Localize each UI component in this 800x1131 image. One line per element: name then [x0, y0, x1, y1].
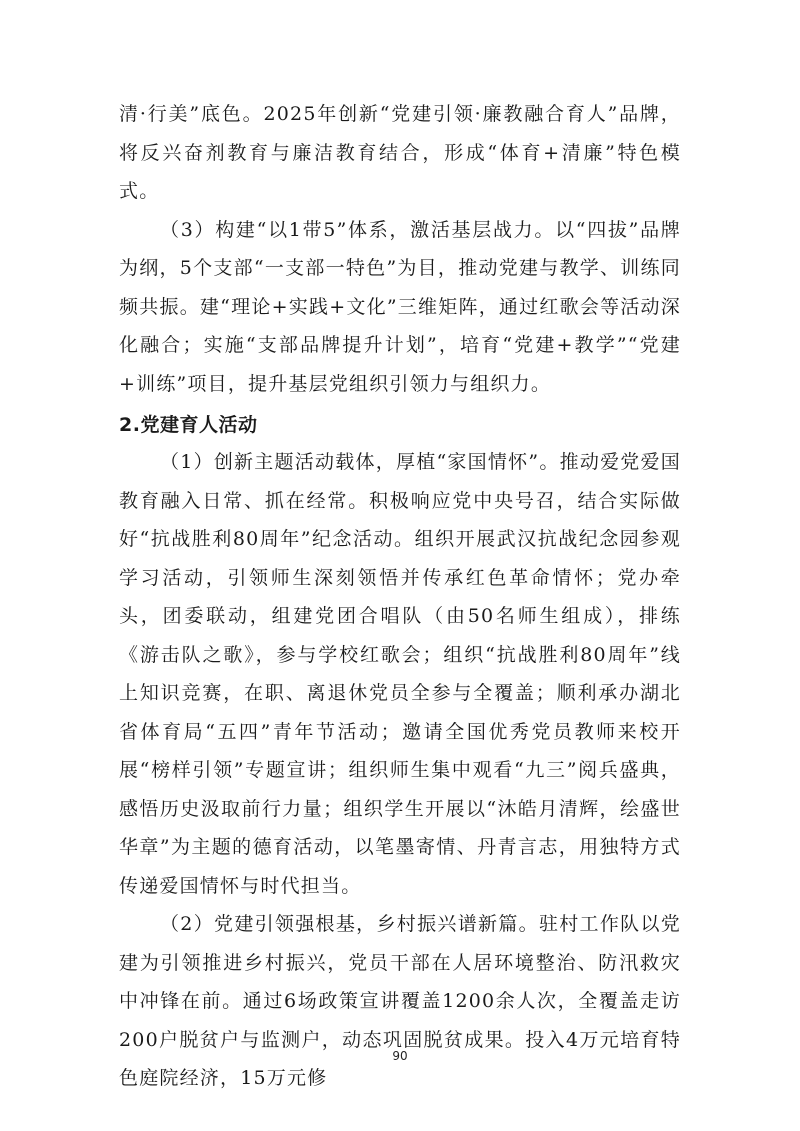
paragraph-item-2-rural-revitalization: （2）党建引领强根基，乡村振兴谱新篇。驻村工作队以党建为引领推进乡村振兴，党员干… — [119, 905, 681, 1098]
document-page: 清·行美”底色。2025年创新“党建引领·廉教融合育人”品牌，将反兴奋剂教育与廉… — [0, 0, 800, 1131]
page-number: 90 — [0, 1049, 800, 1063]
section-heading-party-education-activities: 2.党建育人活动 — [119, 407, 681, 443]
page-content: 清·行美”底色。2025年创新“党建引领·廉教融合育人”品牌，将反兴奋剂教育与廉… — [119, 95, 681, 1098]
paragraph-item-1-theme-activities: （1）创新主题活动载体，厚植“家国情怀”。推动爱党爱国教育融入日常、抓在经常。积… — [119, 443, 681, 905]
paragraph-continuation: 清·行美”底色。2025年创新“党建引领·廉教融合育人”品牌，将反兴奋剂教育与廉… — [119, 95, 681, 211]
paragraph-item-3-branch-system: （3）构建“以1带5”体系，激活基层战力。以“四拔”品牌为纲，5个支部“一支部一… — [119, 211, 681, 404]
